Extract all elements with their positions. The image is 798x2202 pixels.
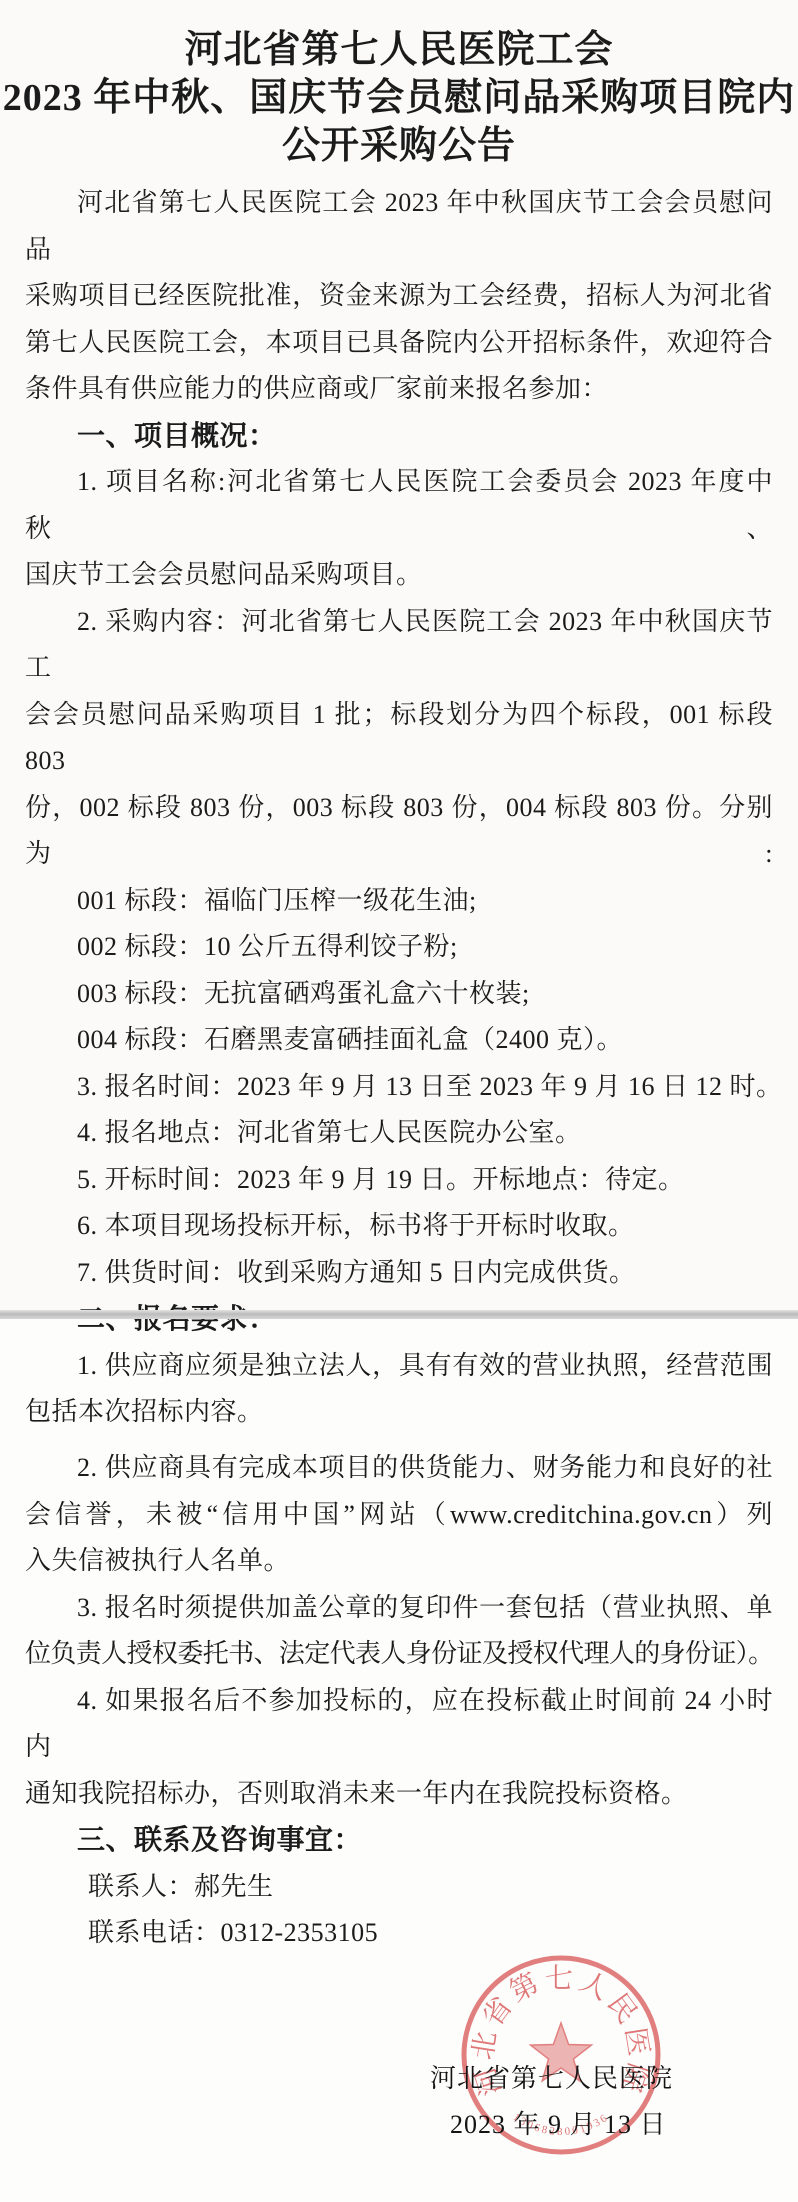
text-line: 通知我院招标办，否则取消未来一年内在我院投标资格。 (25, 1771, 773, 1818)
text-line: 会会员慰问品采购项目 1 批；标段划分为四个标段，001 标段 803 (25, 692, 773, 785)
text-line: 会信誉，未被“信用中国”网站（www.creditchina.gov.cn）列 (25, 1492, 773, 1539)
text-line: 2. 采购内容：河北省第七人民医院工会 2023 年中秋国庆节工 (25, 599, 773, 692)
page-break-divider (0, 1310, 798, 1319)
text-line: 条件具有供应能力的供应商或厂家前来报名参加： (25, 366, 773, 413)
page1-text: 河北省第七人民医院工会 2023 年中秋国庆节工会会员慰问品采购项目已经医院批准… (25, 180, 773, 1436)
text-line: 入失信被执行人名单。 (25, 1538, 773, 1585)
text-line: 4. 报名地点：河北省第七人民医院办公室。 (25, 1110, 773, 1157)
document-title: 河北省第七人民医院工会2023 年中秋、国庆节会员慰问品采购项目院内公开采购公告 (0, 26, 798, 170)
text-line: 3. 报名时间：2023 年 9 月 13 日至 2023 年 9 月 16 日… (25, 1064, 773, 1111)
text-line: 003 标段：无抗富硒鸡蛋礼盒六十枚装; (25, 971, 773, 1018)
text-line: 004 标段：石磨黑麦富硒挂面礼盒（2400 克）。 (25, 1017, 773, 1064)
text-line: 2. 供应商具有完成本项目的供货能力、财务能力和良好的社 (25, 1445, 773, 1492)
signature-organization: 河北省第七人民医院 (430, 2058, 673, 2095)
text-line: 7. 供货时间：收到采购方通知 5 日内完成供货。 (25, 1250, 773, 1297)
text-line: 包括本次招标内容。 (25, 1389, 773, 1436)
signature-date: 2023 年 9 月 13 日 (450, 2104, 667, 2141)
text-line: 河北省第七人民医院工会 2023 年中秋国庆节工会会员慰问品 (25, 180, 773, 273)
text-line: 6. 本项目现场投标开标，标书将于开标时收取。 (25, 1203, 773, 1250)
document-title-line: 河北省第七人民医院工会 (0, 26, 798, 74)
document-title-line: 2023 年中秋、国庆节会员慰问品采购项目院内 (0, 74, 798, 122)
text-line: 001 标段：福临门压榨一级花生油; (25, 878, 773, 925)
text-line: 1. 供应商应须是独立法人，具有有效的营业执照，经营范围 (25, 1343, 773, 1390)
text-line: 联系电话：0312-2353105 (25, 1910, 773, 1957)
text-line: 位负责人授权委托书、法定代表人身份证及授权代理人的身份证）。 (25, 1631, 773, 1678)
text-line: 1. 项目名称:河北省第七人民医院工会委员会 2023 年度中秋、 (25, 459, 773, 552)
text-line: 国庆节工会会员慰问品采购项目。 (25, 552, 773, 599)
text-line: 份，002 标段 803 份，003 标段 803 份，004 标段 803 份… (25, 785, 773, 878)
text-line: 3. 报名时须提供加盖公章的复印件一套包括（营业执照、单 (25, 1585, 773, 1632)
page2-text: 2. 供应商具有完成本项目的供货能力、财务能力和良好的社会信誉，未被“信用中国”… (25, 1445, 773, 1957)
text-line: 002 标段：10 公斤五得利饺子粉; (25, 924, 773, 971)
text-line: 联系人：郝先生 (25, 1864, 773, 1911)
text-line: 第七人民医院工会，本项目已具备院内公开招标条件，欢迎符合 (25, 320, 773, 367)
text-line: 5. 开标时间：2023 年 9 月 19 日。开标地点：待定。 (25, 1157, 773, 1204)
document-title-line: 公开采购公告 (0, 122, 798, 170)
text-line: 二、报名要求： (25, 1296, 773, 1343)
text-line: 三、联系及咨询事宜： (25, 1817, 773, 1864)
text-line: 一、项目概况： (25, 413, 773, 460)
text-line: 采购项目已经医院批准，资金来源为工会经费，招标人为河北省 (25, 273, 773, 320)
text-line: 4. 如果报名后不参加投标的，应在投标截止时间前 24 小时内 (25, 1678, 773, 1771)
scanned-procurement-announcement: { "colors": { "ink": "#1b1b1b", "seal_re… (0, 0, 798, 2202)
